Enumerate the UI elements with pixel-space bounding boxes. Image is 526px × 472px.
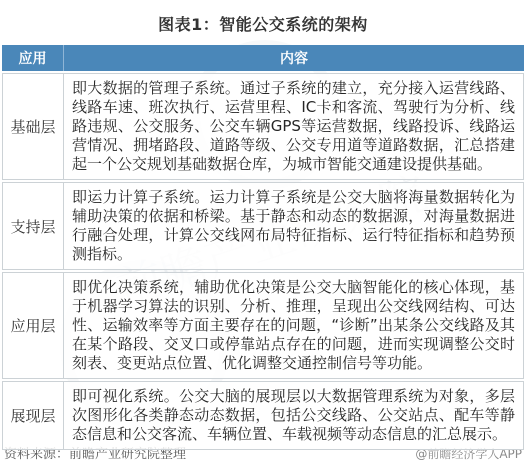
- layer-label: 展现层: [2, 381, 64, 450]
- layer-content: 即可视化系统。公交大脑的展现层以大数据管理系统为对象，多层次图形化各类静态动态数…: [64, 381, 524, 450]
- layer-content: 即大数据的管理子系统。通过子系统的建立，充分接入运营线路、线路车速、班次执行、运…: [64, 73, 524, 180]
- table-row: 基础层即大数据的管理子系统。通过子系统的建立，充分接入运营线路、线路车速、班次执…: [2, 73, 524, 180]
- layer-label: 应用层: [2, 272, 64, 379]
- layer-content: 即运力计算子系统。运力计算子系统是公交大脑将海量数据转化为辅助决策的依据和桥梁。…: [64, 182, 524, 270]
- page-title: 图表1：智能公交系统的架构: [0, 12, 526, 35]
- table-row: 展现层即可视化系统。公交大脑的展现层以大数据管理系统为对象，多层次图形化各类静态…: [2, 381, 524, 450]
- architecture-table: 应用 内容 基础层即大数据的管理子系统。通过子系统的建立，充分接入运营线路、线路…: [2, 43, 524, 452]
- layer-label: 支持层: [2, 182, 64, 270]
- column-header-content: 内容: [64, 45, 524, 71]
- figure-page: 前瞻产业研究院 图表1：智能公交系统的架构 应用 内容 基础层即大数据的管理子系…: [0, 0, 526, 472]
- layer-label: 基础层: [2, 73, 64, 180]
- table-header: 应用 内容: [2, 45, 524, 71]
- layer-content: 即优化决策系统，辅助优化决策是公交大脑智能化的核心体现，基于机器学习算法的识别、…: [64, 272, 524, 379]
- column-header-application: 应用: [2, 45, 64, 71]
- table-row: 支持层即运力计算子系统。运力计算子系统是公交大脑将海量数据转化为辅助决策的依据和…: [2, 182, 524, 270]
- table-row: 应用层即优化决策系统，辅助优化决策是公交大脑智能化的核心体现，基于机器学习算法的…: [2, 272, 524, 379]
- table-body: 基础层即大数据的管理子系统。通过子系统的建立，充分接入运营线路、线路车速、班次执…: [2, 73, 524, 450]
